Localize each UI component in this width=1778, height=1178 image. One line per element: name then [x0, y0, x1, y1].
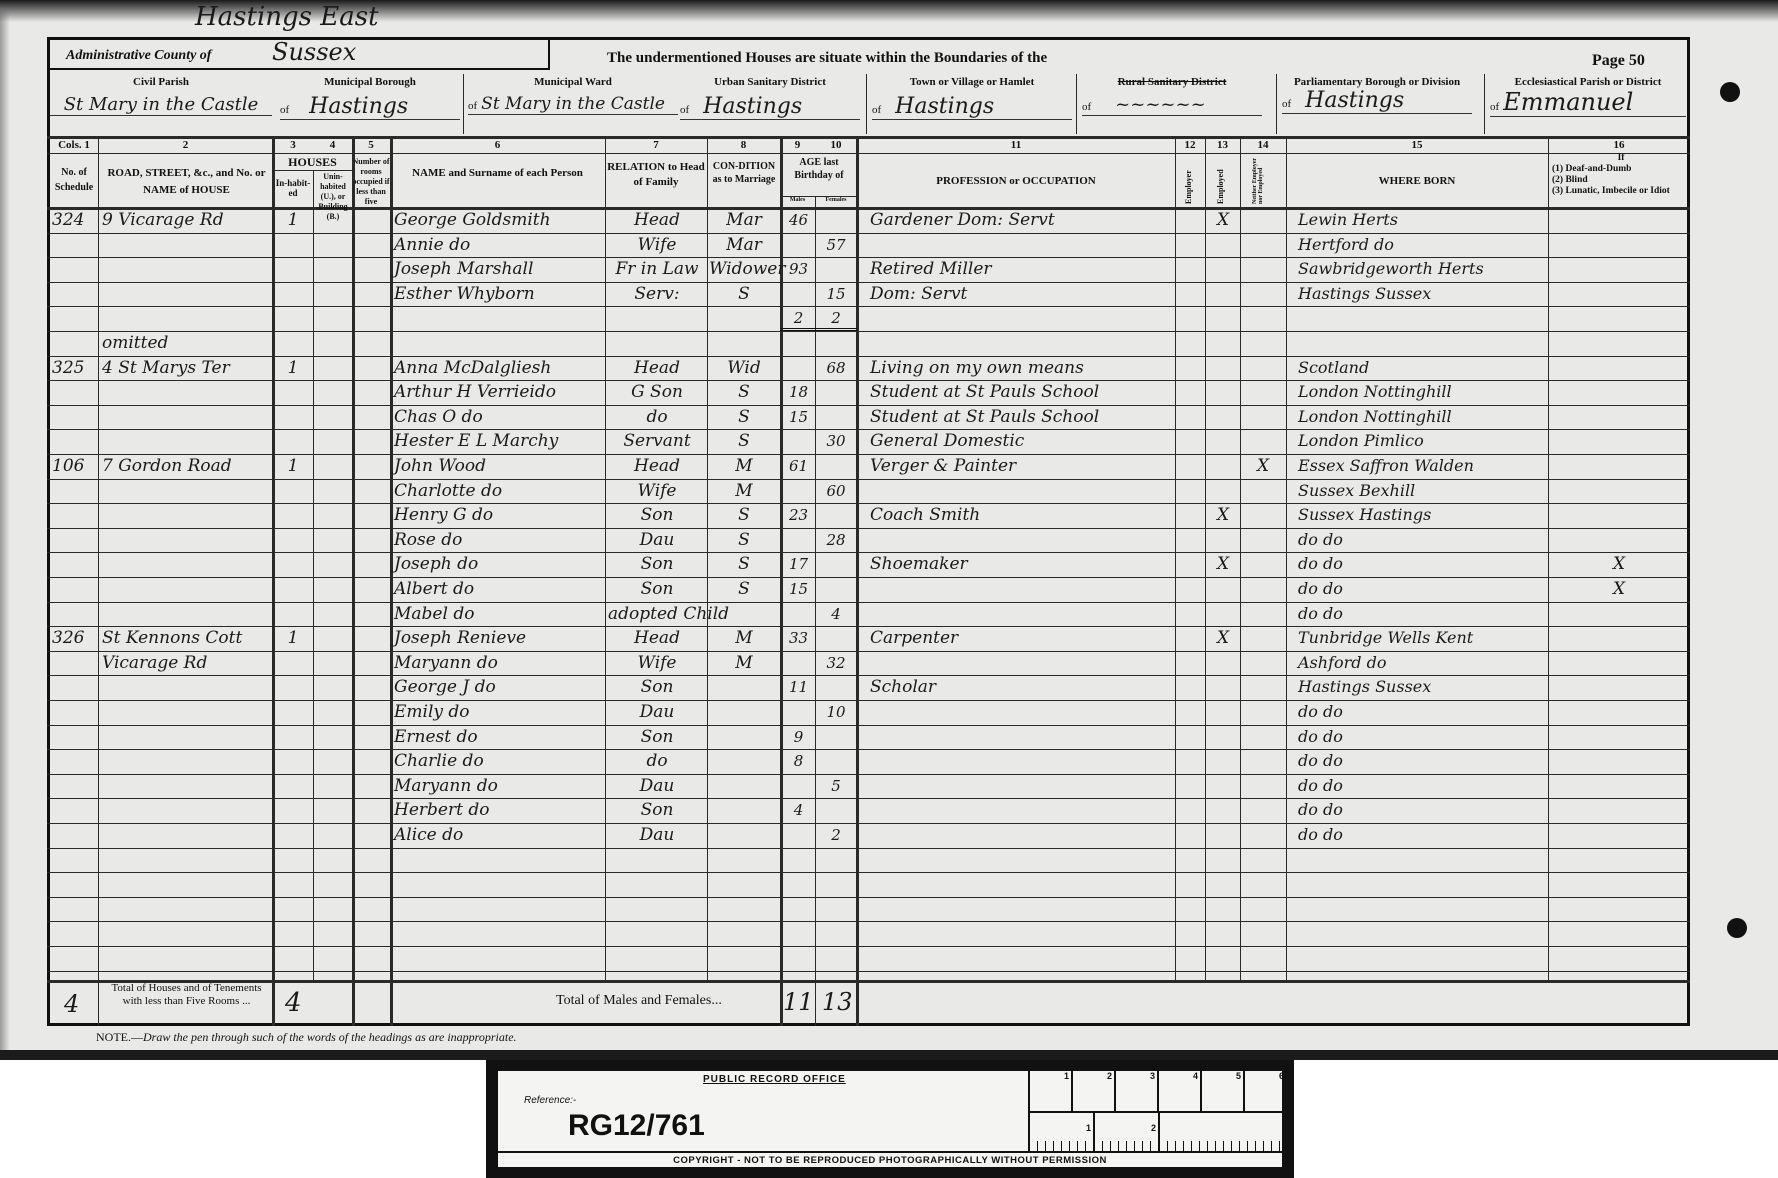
row-age-male: 11	[782, 675, 815, 699]
row-relation: G Son	[608, 380, 706, 404]
row-inhabited	[275, 725, 311, 749]
row-age-female	[817, 208, 855, 232]
row-occupation	[870, 233, 1170, 257]
row-occupation	[870, 331, 1170, 355]
row-rooms	[354, 528, 390, 552]
row-neither	[1241, 503, 1285, 527]
row-relation: do	[608, 749, 706, 773]
row-rooms	[354, 626, 390, 650]
row-neither	[1241, 725, 1285, 749]
row-name	[394, 306, 604, 330]
col-heading-schedule: No. of Schedule	[50, 165, 98, 195]
row-age-male: 9	[782, 725, 815, 749]
row-birthplace	[1298, 306, 1546, 330]
row-occupation: Dom: Servt	[870, 282, 1170, 306]
row-schedule	[52, 675, 98, 699]
row-neither	[1241, 577, 1285, 601]
row-condition: Mar	[709, 233, 779, 257]
district-prefix: of	[872, 104, 881, 116]
row-employed	[1206, 306, 1240, 330]
row-neither	[1241, 257, 1285, 281]
row-rooms	[354, 725, 390, 749]
row-relation	[608, 306, 706, 330]
row-inhabited	[275, 577, 311, 601]
row-neither	[1241, 626, 1285, 650]
row-employed	[1206, 282, 1240, 306]
row-address	[102, 306, 272, 330]
col-number: 10	[815, 139, 857, 151]
row-address	[102, 405, 272, 429]
row-neither	[1241, 675, 1285, 699]
row-inhabited	[275, 700, 311, 724]
total-persons-label: Total of Males and Females...	[556, 993, 722, 1009]
col-heading-where-born: WHERE BORN	[1286, 175, 1548, 187]
row-neither	[1241, 479, 1285, 503]
district-municipal-borough: Municipal Borough of Hastings	[280, 76, 460, 120]
row-birthplace: London Pimlico	[1298, 429, 1546, 453]
row-birthplace: Hastings Sussex	[1298, 675, 1546, 699]
col-heading-condition: CON-DITION as to Marriage	[712, 160, 776, 186]
row-relation: adopted Child	[608, 602, 706, 626]
row-age-male	[782, 602, 815, 626]
row-condition: S	[709, 405, 779, 429]
row-relation: Dau	[608, 700, 706, 724]
row-rooms	[354, 823, 390, 847]
row-neither	[1241, 233, 1285, 257]
scale-mark: 2	[1095, 1111, 1160, 1151]
col-heading-females: Females	[815, 197, 857, 203]
scale-mark: 2	[1073, 1071, 1116, 1111]
row-age-male: 15	[782, 577, 815, 601]
row-rooms	[354, 700, 390, 724]
row-schedule	[52, 700, 98, 724]
row-birthplace: do do	[1298, 602, 1546, 626]
row-relation: Wife	[608, 479, 706, 503]
col-number: 6	[390, 139, 605, 151]
row-occupation: Student at St Pauls School	[870, 380, 1170, 404]
row-birthplace: Tunbridge Wells Kent	[1298, 626, 1546, 650]
row-neither	[1241, 651, 1285, 675]
row-employed	[1206, 233, 1240, 257]
row-condition	[709, 602, 779, 626]
scale-mark: 4	[1159, 1071, 1202, 1111]
row-relation: Dau	[608, 774, 706, 798]
row-inhabited: 1	[275, 454, 311, 478]
row-rooms	[354, 774, 390, 798]
col-number: 8	[707, 139, 780, 151]
row-rooms	[354, 651, 390, 675]
district-civil-parish: Civil Parish St Mary in the Castle	[50, 76, 272, 116]
row-uninhabited	[315, 725, 351, 749]
row-infirmity	[1550, 749, 1688, 773]
row-schedule: 324	[52, 208, 98, 232]
row-condition: M	[709, 479, 779, 503]
col-rule	[605, 136, 606, 981]
total-males: 11	[783, 988, 814, 1016]
row-relation: Head	[608, 626, 706, 650]
row-inhabited	[275, 528, 311, 552]
row-birthplace: Hastings Sussex	[1298, 282, 1546, 306]
row-condition	[709, 749, 779, 773]
row-inhabited	[275, 233, 311, 257]
row-occupation	[870, 479, 1170, 503]
row-employer	[1176, 626, 1204, 650]
row-employer	[1176, 331, 1204, 355]
district-label: Rural Sanitary District	[1082, 76, 1262, 88]
row-employer	[1176, 306, 1204, 330]
row-schedule	[52, 823, 98, 847]
reference-label: Reference:-	[524, 1095, 576, 1106]
row-employed	[1206, 749, 1240, 773]
row-relation	[608, 331, 706, 355]
row-inhabited	[275, 651, 311, 675]
row-age-female: 68	[817, 356, 855, 380]
row-rooms	[354, 552, 390, 576]
district-urban-sanitary: Urban Sanitary District of Hastings	[680, 76, 860, 120]
note-text: Draw the pen through such of the words o…	[143, 1030, 517, 1044]
row-uninhabited	[315, 479, 351, 503]
district-value: Hastings	[895, 94, 994, 119]
scan-bottom-edge	[0, 1050, 1778, 1060]
scale-mark: 5	[1202, 1071, 1245, 1111]
row-rooms	[354, 306, 390, 330]
row-uninhabited	[315, 454, 351, 478]
copyright-notice: COPYRIGHT - NOT TO BE REPRODUCED PHOTOGR…	[498, 1151, 1282, 1169]
row-employed	[1206, 774, 1240, 798]
row-occupation: Coach Smith	[870, 503, 1170, 527]
row-condition: Wid	[709, 356, 779, 380]
row-condition: S	[709, 528, 779, 552]
row-infirmity	[1550, 405, 1688, 429]
row-employed	[1206, 331, 1240, 355]
row-age-male: 93	[782, 257, 815, 281]
col-number: Cols. 1	[50, 139, 98, 151]
row-uninhabited	[315, 282, 351, 306]
row-uninhabited	[315, 306, 351, 330]
row-neither	[1241, 306, 1285, 330]
row-inhabited	[275, 306, 311, 330]
row-employer	[1176, 380, 1204, 404]
row-age-female	[817, 798, 855, 822]
row-inhabited	[275, 552, 311, 576]
row-rooms	[354, 405, 390, 429]
row-relation: Dau	[608, 823, 706, 847]
district-town: Town or Village or Hamlet of Hastings	[872, 76, 1072, 120]
row-neither	[1241, 749, 1285, 773]
district-prefix: of	[468, 100, 477, 112]
row-birthplace: Hertford do	[1298, 233, 1546, 257]
row-employed: X	[1206, 503, 1240, 527]
row-condition: S	[709, 577, 779, 601]
row-age-male	[782, 282, 815, 306]
row-schedule	[52, 233, 98, 257]
row-occupation	[870, 798, 1170, 822]
col-heading-address: ROAD, STREET, &c., and No. or NAME of HO…	[104, 165, 269, 199]
scale-top: 1 2 3 4 5 6	[1030, 1071, 1286, 1113]
col-number: 15	[1286, 139, 1548, 151]
scale-ticks	[1160, 1111, 1286, 1151]
row-condition	[709, 675, 779, 699]
row-employed	[1206, 380, 1240, 404]
district-label: Municipal Borough	[280, 76, 460, 88]
col-heading-rooms: Number of rooms occupied if less than fi…	[352, 157, 390, 207]
row-schedule	[52, 552, 98, 576]
row-infirmity	[1550, 454, 1688, 478]
row-birthplace: do do	[1298, 725, 1546, 749]
row-name: Albert do	[394, 577, 604, 601]
row-employed	[1206, 823, 1240, 847]
row-infirmity: X	[1550, 577, 1688, 601]
col-heading-neither: Neither Employer nor Employed	[1252, 158, 1274, 204]
row-condition	[709, 823, 779, 847]
row-infirmity	[1550, 700, 1688, 724]
row-rooms	[354, 380, 390, 404]
row-address	[102, 577, 272, 601]
row-infirmity	[1550, 331, 1688, 355]
col-number: 4	[313, 139, 352, 151]
row-address	[102, 429, 272, 453]
row-employer	[1176, 552, 1204, 576]
row-relation: Son	[608, 577, 706, 601]
row-address: 4 St Marys Ter	[102, 356, 272, 380]
row-employed	[1206, 577, 1240, 601]
row-address	[102, 823, 272, 847]
row-schedule	[52, 725, 98, 749]
row-occupation: General Domestic	[870, 429, 1170, 453]
row-address	[102, 700, 272, 724]
col-number: 7	[605, 139, 707, 151]
col-rule	[313, 170, 314, 980]
row-occupation: Carpenter	[870, 626, 1170, 650]
row-age-female	[817, 577, 855, 601]
row-birthplace: Sussex Bexhill	[1298, 479, 1546, 503]
row-rooms	[354, 208, 390, 232]
row-address	[102, 528, 272, 552]
row-condition	[709, 306, 779, 330]
row-schedule	[52, 798, 98, 822]
district-prefix: of	[280, 104, 289, 116]
district-label: Urban Sanitary District	[680, 76, 860, 88]
row-inhabited	[275, 429, 311, 453]
row-infirmity	[1550, 528, 1688, 552]
row-age-female	[817, 626, 855, 650]
row-name: Anna McDalgliesh	[394, 356, 604, 380]
row-relation: Head	[608, 208, 706, 232]
row-birthplace: do do	[1298, 577, 1546, 601]
row-birthplace: London Nottinghill	[1298, 405, 1546, 429]
row-address	[102, 725, 272, 749]
row-birthplace: Ashford do	[1298, 651, 1546, 675]
row-employer	[1176, 602, 1204, 626]
row-age-male: 61	[782, 454, 815, 478]
row-inhabited	[275, 479, 311, 503]
row-rooms	[354, 233, 390, 257]
row-schedule	[52, 602, 98, 626]
row-employed	[1206, 454, 1240, 478]
row-schedule	[52, 774, 98, 798]
row-condition: M	[709, 626, 779, 650]
row-rooms	[354, 798, 390, 822]
row-infirmity	[1550, 479, 1688, 503]
row-relation: do	[608, 405, 706, 429]
row-age-male	[782, 356, 815, 380]
row-employer	[1176, 233, 1204, 257]
reference-card: PUBLIC RECORD OFFICE Reference:- RG12/76…	[486, 1060, 1294, 1178]
row-name: Joseph Marshall	[394, 257, 604, 281]
row-employed	[1206, 798, 1240, 822]
row-birthplace: Sussex Hastings	[1298, 503, 1546, 527]
row-uninhabited	[315, 528, 351, 552]
admin-county-box: Administrative County of Sussex	[50, 40, 550, 70]
row-birthplace: Lewin Herts	[1298, 208, 1546, 232]
row-name: Emily do	[394, 700, 604, 724]
row-inhabited	[275, 405, 311, 429]
row-uninhabited	[315, 626, 351, 650]
row-age-male: 17	[782, 552, 815, 576]
row-neither	[1241, 700, 1285, 724]
district-value: St Mary in the Castle	[481, 94, 665, 114]
row-uninhabited	[315, 380, 351, 404]
col-heading-relation: RELATION to Head of Family	[607, 160, 705, 190]
row-age-male	[782, 700, 815, 724]
row-relation: Son	[608, 503, 706, 527]
row-age-female: 10	[817, 700, 855, 724]
col-number: 5	[352, 139, 390, 151]
row-schedule: 106	[52, 454, 98, 478]
district-note: Hastings East	[195, 2, 379, 32]
row-age-female	[817, 552, 855, 576]
row-age-male	[782, 479, 815, 503]
row-age-female: 15	[817, 282, 855, 306]
row-birthplace: do do	[1298, 528, 1546, 552]
row-employed	[1206, 405, 1240, 429]
row-condition: S	[709, 282, 779, 306]
row-address	[102, 675, 272, 699]
row-age-male: 23	[782, 503, 815, 527]
col-heading-employed: Employed	[1216, 160, 1225, 204]
row-rooms	[354, 257, 390, 281]
district-label: Parliamentary Borough or Division	[1282, 76, 1472, 88]
row-condition	[709, 774, 779, 798]
district-label: Municipal Ward	[468, 76, 678, 88]
district-value: Hastings	[1305, 88, 1404, 113]
district-prefix: of	[680, 104, 689, 116]
row-relation: Servant	[608, 429, 706, 453]
row-employed	[1206, 429, 1240, 453]
row-name: Charlie do	[394, 749, 604, 773]
row-occupation	[870, 774, 1170, 798]
row-uninhabited	[315, 405, 351, 429]
col-number: 13	[1205, 139, 1240, 151]
row-employed	[1206, 651, 1240, 675]
row-birthplace: Scotland	[1298, 356, 1546, 380]
total-females: 13	[822, 988, 853, 1016]
row-employer	[1176, 429, 1204, 453]
row-name: Charlotte do	[394, 479, 604, 503]
total-houses: 4	[285, 988, 302, 1018]
col-rule	[707, 136, 708, 981]
scale-mark: 6	[1245, 1071, 1286, 1111]
row-name: George J do	[394, 675, 604, 699]
row-schedule	[52, 528, 98, 552]
row-condition: Widower	[709, 257, 779, 281]
col-number: 12	[1175, 139, 1205, 151]
row-employer	[1176, 651, 1204, 675]
row-employer	[1176, 725, 1204, 749]
col-number: 16	[1548, 139, 1690, 151]
row-age-male	[782, 233, 815, 257]
row-birthplace: do do	[1298, 823, 1546, 847]
row-address	[102, 798, 272, 822]
row-rule	[47, 971, 1690, 972]
row-inhabited	[275, 749, 311, 773]
row-relation: Fr in Law	[608, 257, 706, 281]
row-age-female: 60	[817, 479, 855, 503]
row-employer	[1176, 774, 1204, 798]
row-rule	[47, 921, 1690, 922]
row-birthplace: Essex Saffron Walden	[1298, 454, 1546, 478]
row-occupation: Gardener Dom: Servt	[870, 208, 1170, 232]
row-infirmity	[1550, 774, 1688, 798]
census-page: Hastings East Administrative County of S…	[0, 0, 1778, 1058]
row-uninhabited	[315, 651, 351, 675]
row-employer	[1176, 479, 1204, 503]
divider	[1484, 74, 1485, 134]
row-occupation: Shoemaker	[870, 552, 1170, 576]
row-employer	[1176, 675, 1204, 699]
row-neither	[1241, 282, 1285, 306]
row-occupation: Student at St Pauls School	[870, 405, 1170, 429]
infirmity-1: (1) Deaf-and-Dumb	[1552, 164, 1690, 175]
divider	[866, 74, 867, 134]
row-rooms	[354, 577, 390, 601]
row-occupation: Verger & Painter	[870, 454, 1170, 478]
row-rooms	[354, 602, 390, 626]
row-infirmity	[1550, 626, 1688, 650]
row-infirmity	[1550, 503, 1688, 527]
row-name: Arthur H Verrieido	[394, 380, 604, 404]
row-schedule	[52, 479, 98, 503]
row-rule	[47, 897, 1690, 898]
row-employer	[1176, 282, 1204, 306]
row-condition: S	[709, 552, 779, 576]
district-prefix: of	[1490, 101, 1499, 113]
row-uninhabited	[315, 356, 351, 380]
row-relation: Son	[608, 798, 706, 822]
row-inhabited	[275, 380, 311, 404]
row-neither: X	[1241, 454, 1285, 478]
public-record-office-label: PUBLIC RECORD OFFICE	[703, 1074, 846, 1085]
col-heading-name: NAME and Surname of each Person	[400, 165, 595, 182]
row-name: Herbert do	[394, 798, 604, 822]
row-employer	[1176, 528, 1204, 552]
row-rooms	[354, 331, 390, 355]
district-prefix: of	[1082, 101, 1091, 113]
row-age-female	[817, 380, 855, 404]
row-neither	[1241, 331, 1285, 355]
row-employed	[1206, 257, 1240, 281]
row-inhabited	[275, 774, 311, 798]
row-name: Mabel do	[394, 602, 604, 626]
row-employed: X	[1206, 552, 1240, 576]
row-age-female	[817, 749, 855, 773]
row-address	[102, 552, 272, 576]
row-schedule	[52, 331, 98, 355]
row-uninhabited	[315, 552, 351, 576]
infirmity-2: (2) Blind	[1552, 175, 1690, 186]
row-inhabited: 1	[275, 208, 311, 232]
row-employed	[1206, 479, 1240, 503]
